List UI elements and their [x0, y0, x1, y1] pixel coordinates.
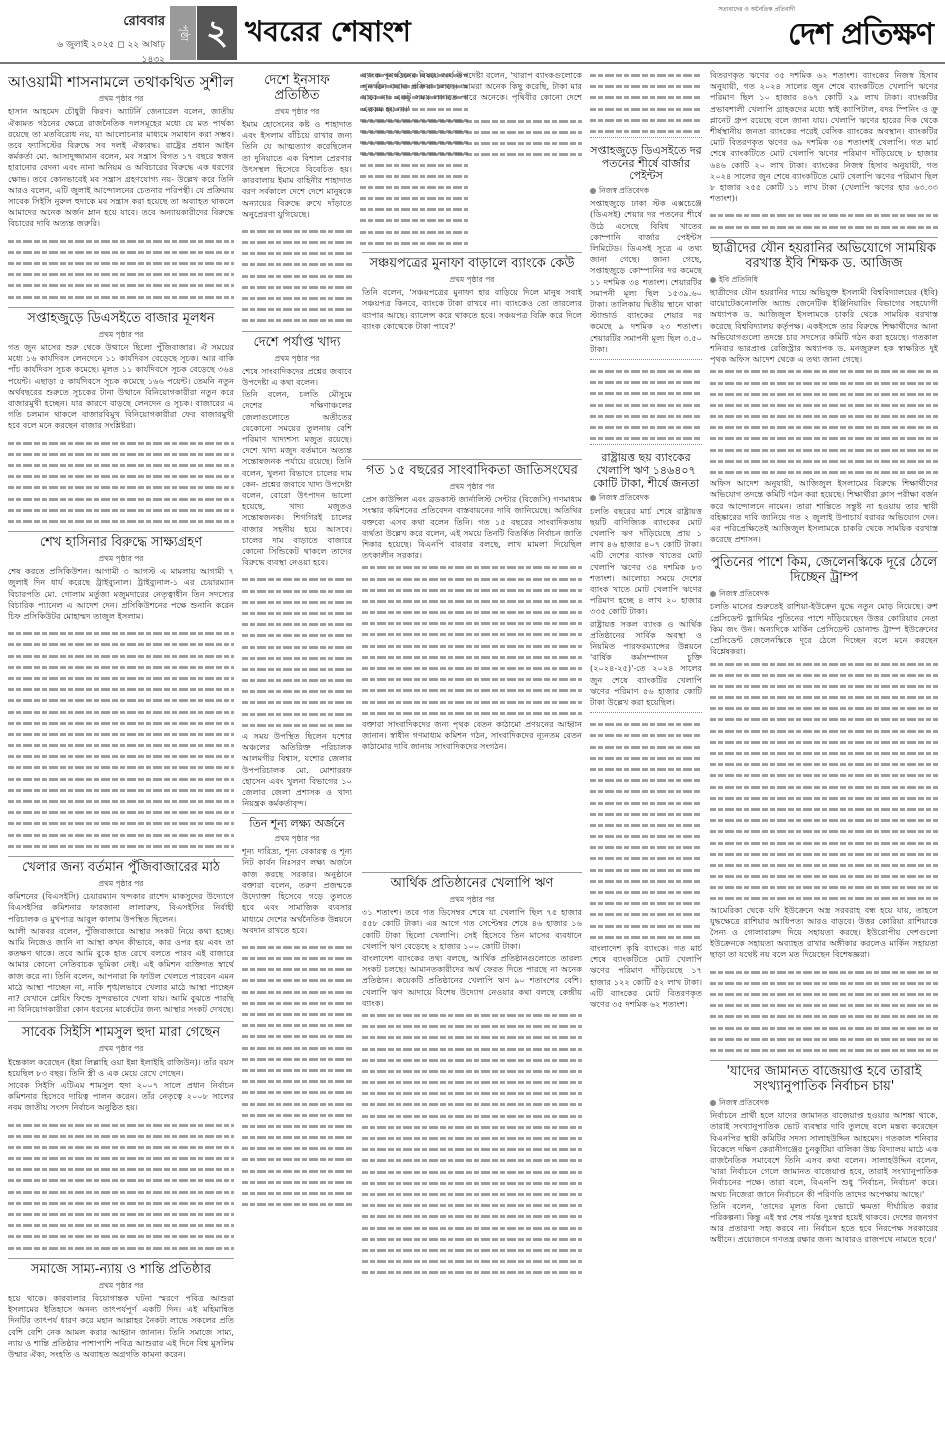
divider — [8, 1258, 234, 1259]
bullet-icon — [590, 188, 596, 194]
continued-label: প্রথম পৃষ্ঠার পর — [8, 329, 234, 340]
article-body: চলতি বছরের মার্চ শেষে রাষ্ট্রায়ত্ত ছয়ট… — [590, 506, 702, 709]
headline: ছাত্রীদের যৌন হয়রানির অভিযোগে সাময়িক ব… — [710, 242, 938, 272]
headline: সমাজে সাম্য-ন্যায় ও শান্তি প্রতিষ্ঠার — [8, 1263, 234, 1278]
column-1: আওয়ামী শাসনামলে তথাকথিত সুশীল প্রথম পৃষ… — [8, 70, 234, 1450]
headline: সাবেক সিইসি শামসুল হুদা মারা গেছেন — [8, 1026, 234, 1041]
bullet-icon — [710, 277, 716, 283]
paragraph: এ সময় উপস্থিত ছিলেন যশোর অঞ্চলের অতিরিক… — [242, 731, 352, 809]
paragraph: বাংলাদেশ কৃষি ব্যাংকে। গত মার্চ শেষে ব্য… — [590, 943, 702, 1010]
headline: তিন শূন্য লক্ষ্য অর্জনে — [242, 818, 352, 831]
continued-label: প্রথম পৃষ্ঠার পর — [8, 553, 234, 564]
byline: নিজস্ব প্রতিবেদক — [710, 588, 938, 599]
article-body: শূন্য দারিদ্র্য, শূন্য বেকারত্ব ও শূন্য … — [242, 846, 352, 936]
paragraph: চলতি মাসের শুরুতেই রাশিয়া-ইউক্রেন যুদ্ধ… — [710, 601, 938, 657]
article-awami: আওয়ামী শাসনামলে তথাকথিত সুশীল প্রথম পৃষ… — [8, 74, 234, 230]
divider — [242, 331, 352, 332]
headline: সপ্তাহজুড়ে ডিএসইতে বাজার মূলধন — [8, 312, 234, 327]
brand-tagline: সত্যবাদের ও অনৈতিক প্রতিবাদী — [718, 4, 795, 15]
article-body: ইন্তেকাল করেছেন (ইন্না লিল্লাহি ওয়া ইন্… — [8, 1057, 234, 1114]
paragraph: তিনি বলেন, চলতি মৌসুমে দেশের দক্ষিণাঞ্চল… — [242, 389, 352, 568]
headline: সপ্তাহজুড়ে ডিএসইতে দর পতনের শীর্ষে বার্… — [590, 145, 702, 183]
headline: আর্থিক প্রতিষ্ঠানের খেলাপি ঋণ — [362, 877, 582, 892]
article-body: ইমাম হোসেনের কষ্ট ও শাহাদাত এবং ইসলাম বা… — [242, 119, 352, 220]
bullet-icon — [590, 495, 596, 501]
divider — [8, 531, 234, 532]
paragraph: সাবেক সিইসি এটিএম শামসুল হুদা ২০০৭ সালে … — [8, 1080, 234, 1114]
paragraph: কমিশনের (বিএসইসি) চেয়ারম্যান খন্দকার রা… — [8, 891, 234, 925]
subcolumn-left: দেশে ইনসাফ প্রতিষ্ঠিত প্রথম পৃষ্ঠার পর ই… — [242, 70, 352, 1210]
divider — [362, 252, 582, 253]
bottom-margin — [0, 1400, 945, 1452]
divider — [8, 1021, 234, 1022]
article-body: সপ্তাহজুড়ে ঢাকা স্টক এক্সচেঞ্জে (ডিএসই)… — [590, 198, 702, 355]
paragraph: চলতি বছরের মার্চ শেষে রাষ্ট্রায়ত্ত ছয়ট… — [590, 506, 702, 618]
article-body: শেষ করতে প্রসিকিউশন। আগামী ৩ আগস্ট এ মাম… — [8, 566, 234, 622]
paragraph: ছাত্রীদের যৌন হয়রানির দায়ে অভিযুক্ত ইস… — [710, 287, 938, 365]
continued-label: প্রথম পৃষ্ঠার পর — [8, 878, 234, 889]
bullet-icon — [710, 591, 716, 597]
byline: ইবি প্রতিনিধি — [710, 274, 938, 285]
paragraph: বক্তারা সাংবাদিকদের জন্য পৃথক বেতন কাঠাম… — [362, 719, 582, 753]
article-body: কমিশনের (বিএসইসি) চেয়ারম্যান খন্দকার রা… — [8, 891, 234, 1015]
article-food-stock: দেশে পর্যাপ্ত খাদ্য প্রথম পৃষ্ঠার পর শেষ… — [242, 336, 352, 569]
article-body: ৩১ শতাংশ। তবে গত ডিসেম্বর শেষে যা খেলাপি… — [362, 907, 582, 1009]
issue-date-block: রোববার ৬ জুলাই ২০২৫ ◻ ২২ আষাঢ় ১৪৩২ — [40, 12, 165, 67]
paragraph: আমেরিকা থেকে যদি ইউক্রেনে অস্ত্র সরবরাহ … — [710, 905, 938, 961]
divider — [710, 551, 938, 552]
paragraph: প্রেস কাউন্সিল এবং ব্রডকাস্ট জার্নালিস্ট… — [362, 494, 582, 561]
article-stock-field: খেলার জন্য বর্তমান পুঁজিবাজারের মাঠ প্রথ… — [8, 861, 234, 1015]
article-cec-huda: সাবেক সিইসি শামসুল হুদা মারা গেছেন প্রথম… — [8, 1026, 234, 1113]
continued-label: প্রথম পৃষ্ঠার পর — [8, 1280, 234, 1291]
newspaper-page: রোববার ৬ জুলাই ২০২৫ ◻ ২২ আষাঢ় ১৪৩২ পৃষ্… — [0, 0, 945, 1452]
headline: পুতিনের পাশে কিম, জেলেনস্কিকে দূরে ঠেলে … — [710, 556, 938, 586]
article-savings-cert: সঞ্চয়পত্রের মুনাফা বাড়ালে ব্যাংকে কেউ … — [362, 248, 582, 428]
article-body: হয়ে থাকে। কারবালার বিয়োগান্তক ঘটনা স্ম… — [8, 1293, 234, 1360]
article-three-zero: তিন শূন্য লক্ষ্য অর্জনে প্রথম পৃষ্ঠার পর… — [242, 818, 352, 935]
paragraph: নির্বাচনে প্রার্থী হলে যাদের জামানত বাজে… — [710, 1110, 938, 1200]
article-body: গত জুন মাসের শুরু থেকে উত্থানে ছিলো পুঁজ… — [8, 342, 234, 432]
paragraph: শেষে সাংবাদিকদের প্রশ্নের জবাবে উপদেষ্টা… — [242, 366, 352, 388]
article-body: হাসান আহমেদ চৌধুরী কিরণ। অ্যাটর্নি জেনার… — [8, 106, 234, 229]
issue-day: রোববার — [40, 12, 165, 33]
continued-label: প্রথম পৃষ্ঠার পর — [242, 353, 352, 364]
article-insaf: দেশে ইনসাফ প্রতিষ্ঠিত প্রথম পৃষ্ঠার পর ই… — [242, 74, 352, 220]
article-putin-kim: পুতিনের পাশে কিম, জেলেনস্কিকে দূরে ঠেলে … — [710, 556, 938, 960]
paragraph: ইন্তেকাল করেছেন (ইন্না লিল্লাহি ওয়া ইন্… — [8, 1057, 234, 1079]
column-5: বিতরণকৃত ঋণের ৩৫ দশমিক ৬২ শতাংশ। ব্যাংকে… — [710, 70, 938, 1450]
paragraph: তিনি বলেন, 'সঞ্চয়পত্রের মুনাফা হার বাড়… — [362, 287, 582, 332]
article-body: ছাত্রীদের যৌন হয়রানির দায়ে অভিযুক্ত ইস… — [710, 287, 938, 365]
continued-label: প্রথম পৃষ্ঠার পর — [242, 106, 352, 117]
article-body: শেষে সাংবাদিকদের প্রশ্নের জবাবে উপদেষ্টা… — [242, 366, 352, 569]
headline: সঞ্চয়পত্রের মুনাফা বাড়ালে ব্যাংকে কেউ — [362, 257, 582, 272]
article-body: চলতি মাসের শুরুতেই রাশিয়া-ইউক্রেন যুদ্ধ… — [710, 601, 938, 657]
headline: রাষ্ট্রায়ত্ত ছয় ব্যাংকের খেলাপি ঋণ ১৪৬… — [590, 452, 702, 490]
paragraph: রাষ্ট্রায়ত্ত সকল ব্যাংক ও আর্থিক প্রতিষ… — [590, 619, 702, 709]
paragraph: সপ্তাহজুড়ে ঢাকা স্টক এক্সচেঞ্জে (ডিএসই)… — [590, 198, 702, 355]
page-number: ২ — [197, 6, 237, 60]
paragraph: শেষ করতে প্রসিকিউশন। আগামী ৩ আগস্ট এ মাম… — [8, 566, 234, 622]
paragraph: হাসান আহমেদ চৌধুরী কিরণ। অ্যাটর্নি জেনার… — [8, 106, 234, 229]
column-4: সপ্তাহজুড়ে ডিএসইতে দর পতনের শীর্ষে বার্… — [590, 70, 702, 1400]
article-proportional: 'যাদের জামানত বাজেয়াপ্ত হবে তারাই সংখ্য… — [710, 1065, 938, 1246]
article-body: তিনি বলেন, 'সঞ্চয়পত্রের মুনাফা হার বাড়… — [362, 287, 582, 332]
divider — [362, 459, 582, 460]
headline: খেলার জন্য বর্তমান পুঁজিবাজারের মাঠ — [8, 861, 234, 876]
article-basic-bank: বিতরণকৃত ঋণের ৩৫ দশমিক ৬২ শতাংশ। ব্যাংকে… — [710, 70, 938, 204]
article-ju-teacher: ছাত্রীদের যৌন হয়রানির অভিযোগে সাময়িক ব… — [710, 242, 938, 546]
paragraph: গত জুন মাসের শুরু থেকে উত্থানে ছিলো পুঁজ… — [8, 342, 234, 432]
paragraph: অফিস আদেশ অনুযায়ী, আজিজুল ইসলামের বিরুদ… — [710, 478, 938, 545]
headline: দেশে পর্যাপ্ত খাদ্য — [242, 336, 352, 351]
article-dse-market: সপ্তাহজুড়ে ডিএসইতে বাজার মূলধন প্রথম পৃ… — [8, 312, 234, 432]
byline: নিজস্ব প্রতিবেদক — [590, 185, 702, 196]
divider — [710, 237, 938, 238]
paragraph: তিনি বলেন, 'তাদের মূলত বিনা ভোটে ক্ষমতা … — [710, 1201, 938, 1246]
paragraph: ব্যাংক পুনর্গঠনের বিষয়ে অর্থ উপদেষ্টা ব… — [362, 70, 582, 115]
paragraph: আলী আকবর বলেন, পুঁজিবাজারে আস্থার সংকট ন… — [8, 926, 234, 1016]
article-defaulted-loans: আর্থিক প্রতিষ্ঠানের খেলাপি ঋণ প্রথম পৃষ্… — [362, 868, 582, 1398]
divider — [8, 307, 234, 308]
headline: 'যাদের জামানত বাজেয়াপ্ত হবে তারাই সংখ্য… — [710, 1065, 938, 1095]
paragraph: বাংলাদেশ ব্যাংকের তথ্য বলছে, আর্থিক প্রত… — [362, 953, 582, 1009]
article-body: প্রেস কাউন্সিল এবং ব্রডকাস্ট জার্নালিস্ট… — [362, 494, 582, 561]
article-body: নির্বাচনে প্রার্থী হলে যাদের জামানত বাজে… — [710, 1110, 938, 1245]
continued-label: প্রথম পৃষ্ঠার পর — [8, 93, 234, 104]
continued-label: প্রথম পৃষ্ঠার পর — [362, 481, 582, 492]
issue-date: ৬ জুলাই ২০২৫ ◻ ২২ আষাঢ় ১৪৩২ — [40, 37, 165, 67]
article-state-banks: রাষ্ট্রায়ত্ত ছয় ব্যাংকের খেলাপি ঋণ ১৪৬… — [590, 444, 702, 713]
headline: আওয়ামী শাসনামলে তথাকথিত সুশীল — [8, 74, 234, 91]
divider — [242, 813, 352, 814]
article-savings-cert-top: ব্যাংক পুনর্গঠনের বিষয়ে অর্থ উপদেষ্টা ব… — [362, 70, 582, 190]
section-title: খবরের শেষাংশ — [245, 10, 411, 57]
continued-label: প্রথম পৃষ্ঠার পর — [362, 274, 582, 285]
continued-label: প্রথম পৃষ্ঠার পর — [242, 833, 352, 844]
brand-logo: দেশ প্রতিক্ষণ — [788, 10, 933, 61]
headline: দেশে ইনসাফ প্রতিষ্ঠিত — [242, 74, 352, 104]
article-dse-bottom: সপ্তাহজুড়ে ডিএসইতে দর পতনের শীর্ষে বার্… — [590, 137, 702, 360]
byline: নিজস্ব প্রতিবেদক — [710, 1097, 938, 1108]
headline: গত ১৫ বছরের সাংবাদিকতা জাতিসংঘের — [362, 464, 582, 479]
page-label: পৃষ্ঠা — [170, 6, 196, 60]
byline: নিজস্ব প্রতিবেদক — [590, 492, 702, 503]
paragraph: ইমাম হোসেনের কষ্ট ও শাহাদাত এবং ইসলাম বা… — [242, 119, 352, 220]
paragraph: বিতরণকৃত ঋণের ৩৫ দশমিক ৬২ শতাংশ। ব্যাংকে… — [710, 70, 938, 204]
divider — [710, 1060, 938, 1061]
divider — [362, 872, 582, 873]
divider — [8, 856, 234, 857]
paragraph: ৩১ শতাংশ। তবে গত ডিসেম্বর শেষে যা খেলাপি… — [362, 907, 582, 952]
bullet-icon — [710, 1100, 716, 1106]
article-sheikh-hasina: শেখ হাসিনার বিরুদ্ধে সাক্ষ্যগ্রহণ প্রথম … — [8, 536, 234, 622]
article-society-peace: সমাজে সাম্য-ন্যায় ও শান্তি প্রতিষ্ঠার প… — [8, 1263, 234, 1360]
paragraph: শূন্য দারিদ্র্য, শূন্য বেকারত্ব ও শূন্য … — [242, 846, 352, 936]
masthead: রোববার ৬ জুলাই ২০২৫ ◻ ২২ আষাঢ় ১৪৩২ পৃষ্… — [0, 0, 945, 64]
article-journalism: গত ১৫ বছরের সাংবাদিকতা জাতিসংঘের প্রথম প… — [362, 455, 582, 855]
headline: শেখ হাসিনার বিরুদ্ধে সাক্ষ্যগ্রহণ — [8, 536, 234, 551]
paragraph: হয়ে থাকে। কারবালার বিয়োগান্তক ঘটনা স্ম… — [8, 1293, 234, 1360]
continued-label: প্রথম পৃষ্ঠার পর — [8, 1043, 234, 1054]
article-body: বিতরণকৃত ঋণের ৩৫ দশমিক ৬২ শতাংশ। ব্যাংকে… — [710, 70, 938, 204]
continued-label: প্রথম পৃষ্ঠার পর — [362, 894, 582, 905]
